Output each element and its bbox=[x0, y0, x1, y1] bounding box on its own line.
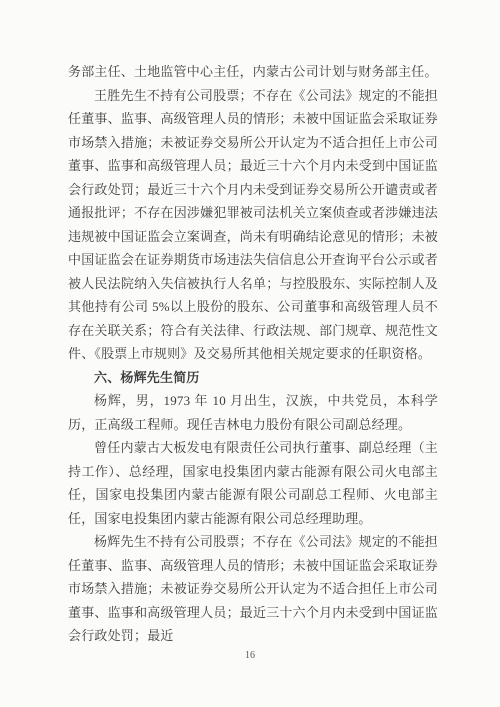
paragraph-yang-hui-career: 曾任内蒙古大板发电有限责任公司执行董事、副总经理（主持工作）、总经理，国家电投集… bbox=[68, 436, 438, 530]
paragraph-wang-sheng-qualifications: 王胜先生不持有公司股票；不存在《公司法》规定的不能担任董事、监事、高级管理人员的… bbox=[68, 84, 438, 366]
paragraph-yang-hui-qualifications: 杨辉先生不持有公司股票；不存在《公司法》规定的不能担任董事、监事、高级管理人员的… bbox=[68, 530, 438, 646]
paragraph-yang-hui-bio: 杨辉，男，1973 年 10 月出生，汉族，中共党员，本科学历，正高级工程师。现… bbox=[68, 389, 438, 436]
paragraph-continuation: 务部主任、土地监管中心主任，内蒙古公司计划与财务部主任。 bbox=[68, 60, 438, 84]
document-body: 务部主任、土地监管中心主任，内蒙古公司计划与财务部主任。 王胜先生不持有公司股票… bbox=[68, 60, 438, 646]
page-number: 16 bbox=[0, 650, 500, 661]
section-heading: 六、杨辉先生简历 bbox=[68, 366, 438, 390]
document-page: 务部主任、土地监管中心主任，内蒙古公司计划与财务部主任。 王胜先生不持有公司股票… bbox=[0, 0, 500, 707]
